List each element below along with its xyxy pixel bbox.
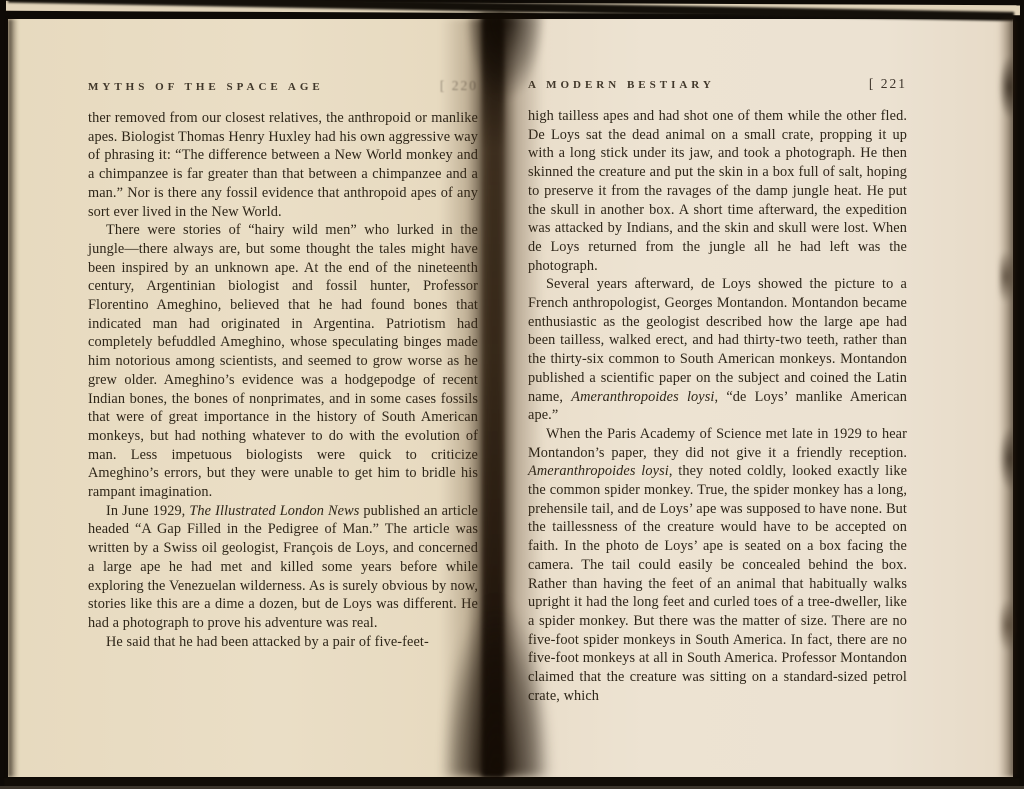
book-spread: MYTHS OF THE SPACE AGE [ 220 ther remove… — [8, 19, 1013, 777]
paragraph: When the Paris Academy of Science met la… — [528, 425, 907, 706]
folio-left: [ 220 — [440, 78, 478, 94]
paragraph: There were stories of “hairy wild men” w… — [88, 221, 478, 502]
left-page: MYTHS OF THE SPACE AGE [ 220 ther remove… — [8, 19, 490, 777]
paragraph: ther removed from our closest relatives,… — [88, 109, 478, 221]
paragraph: He said that he had been attacked by a p… — [88, 633, 478, 652]
folio-right: [ 221 — [869, 76, 907, 92]
right-page-text: high tailless apes and had shot one of t… — [528, 107, 907, 706]
book-scan: MYTHS OF THE SPACE AGE [ 220 ther remove… — [0, 0, 1024, 789]
left-page-text: ther removed from our closest relatives,… — [88, 109, 478, 651]
running-title-right: A MODERN BESTIARY — [528, 79, 715, 91]
left-page-header: MYTHS OF THE SPACE AGE [ 220 — [88, 78, 478, 94]
paragraph: In June 1929, The Illustrated London New… — [88, 502, 478, 633]
paragraph: Several years afterward, de Loys showed … — [528, 275, 907, 425]
right-page: A MODERN BESTIARY [ 221 high tailless ap… — [490, 19, 1013, 777]
paragraph: high tailless apes and had shot one of t… — [528, 107, 907, 275]
right-page-header: A MODERN BESTIARY [ 221 — [528, 76, 907, 92]
running-title-left: MYTHS OF THE SPACE AGE — [88, 81, 324, 93]
